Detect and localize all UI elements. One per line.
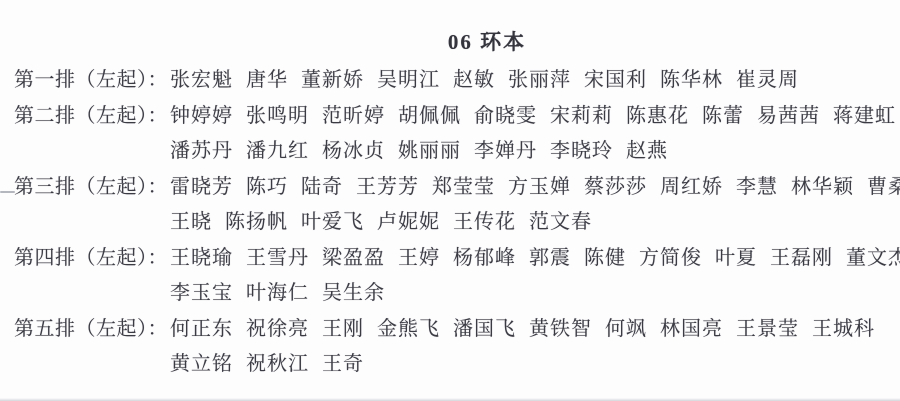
row-names: 张宏魁 唐华 董新娇 吴明江 赵敏 张丽萍 宋国利 陈华林 崔灵周 [170,63,900,99]
row-names: 钟婷婷 张鸣明 范昕婷 胡佩佩 俞晓雯 宋莉莉 陈惠花 陈蕾 易茜茜 蒋建虹 潘… [170,99,900,170]
name-line: 钟婷婷 张鸣明 范昕婷 胡佩佩 俞晓雯 宋莉莉 陈惠花 陈蕾 易茜茜 蒋建虹 [170,99,900,135]
name-line: 王晓瑜 王雪丹 梁盈盈 王婷 杨郁峰 郭震 陈健 方简俊 叶夏 王磊刚 董文杰 [170,241,900,277]
name-line: 何正东 祝徐亮 王刚 金熊飞 潘国飞 黄铁智 何飒 林国亮 王景莹 王城科 [170,312,900,348]
row-label: 第二排（左起）： [0,99,170,135]
row-label: 第四排（左起）： [0,241,170,277]
scan-artifact-dash [0,191,15,193]
name-line: 潘苏丹 潘九红 杨冰贞 姚丽丽 李婵丹 李晓玲 赵燕 [170,134,900,170]
name-rows: 第一排（左起）： 张宏魁 唐华 董新娇 吴明江 赵敏 张丽萍 宋国利 陈华林 崔… [0,63,900,383]
name-line: 黄立铭 祝秋江 王奇 [170,347,900,383]
document-title: 06 环本 [37,30,900,54]
row-names: 何正东 祝徐亮 王刚 金熊飞 潘国飞 黄铁智 何飒 林国亮 王景莹 王城科 黄立… [170,312,900,383]
row-label: 第五排（左起）： [0,312,170,348]
row-item-4: 第四排（左起）： 王晓瑜 王雪丹 梁盈盈 王婷 杨郁峰 郭震 陈健 方简俊 叶夏… [0,241,900,312]
name-line: 王晓 陈扬帆 叶爱飞 卢妮妮 王传花 范文春 [170,205,900,241]
name-line: 李玉宝 叶海仁 吴生余 [170,276,900,312]
row-names: 雷晓芳 陈巧 陆奇 王芳芳 郑莹莹 方玉婵 蔡莎莎 周红娇 李慧 林华颖 曹桑 … [170,170,900,241]
row-item-5: 第五排（左起）： 何正东 祝徐亮 王刚 金熊飞 潘国飞 黄铁智 何飒 林国亮 王… [0,312,900,383]
row-item-1: 第一排（左起）： 张宏魁 唐华 董新娇 吴明江 赵敏 张丽萍 宋国利 陈华林 崔… [0,63,900,99]
name-line: 张宏魁 唐华 董新娇 吴明江 赵敏 张丽萍 宋国利 陈华林 崔灵周 [170,63,900,99]
row-item-2: 第二排（左起）： 钟婷婷 张鸣明 范昕婷 胡佩佩 俞晓雯 宋莉莉 陈惠花 陈蕾 … [0,99,900,170]
name-line: 雷晓芳 陈巧 陆奇 王芳芳 郑莹莹 方玉婵 蔡莎莎 周红娇 李慧 林华颖 曹桑 [170,170,900,206]
row-names: 王晓瑜 王雪丹 梁盈盈 王婷 杨郁峰 郭震 陈健 方简俊 叶夏 王磊刚 董文杰 … [170,241,900,312]
row-label: 第三排（左起）： [0,170,170,206]
row-label: 第一排（左起）： [0,63,170,99]
row-item-3: 第三排（左起）： 雷晓芳 陈巧 陆奇 王芳芳 郑莹莹 方玉婵 蔡莎莎 周红娇 李… [0,170,900,241]
scanned-name-list-document: 06 环本 第一排（左起）： 张宏魁 唐华 董新娇 吴明江 赵敏 张丽萍 宋国利… [0,0,900,401]
